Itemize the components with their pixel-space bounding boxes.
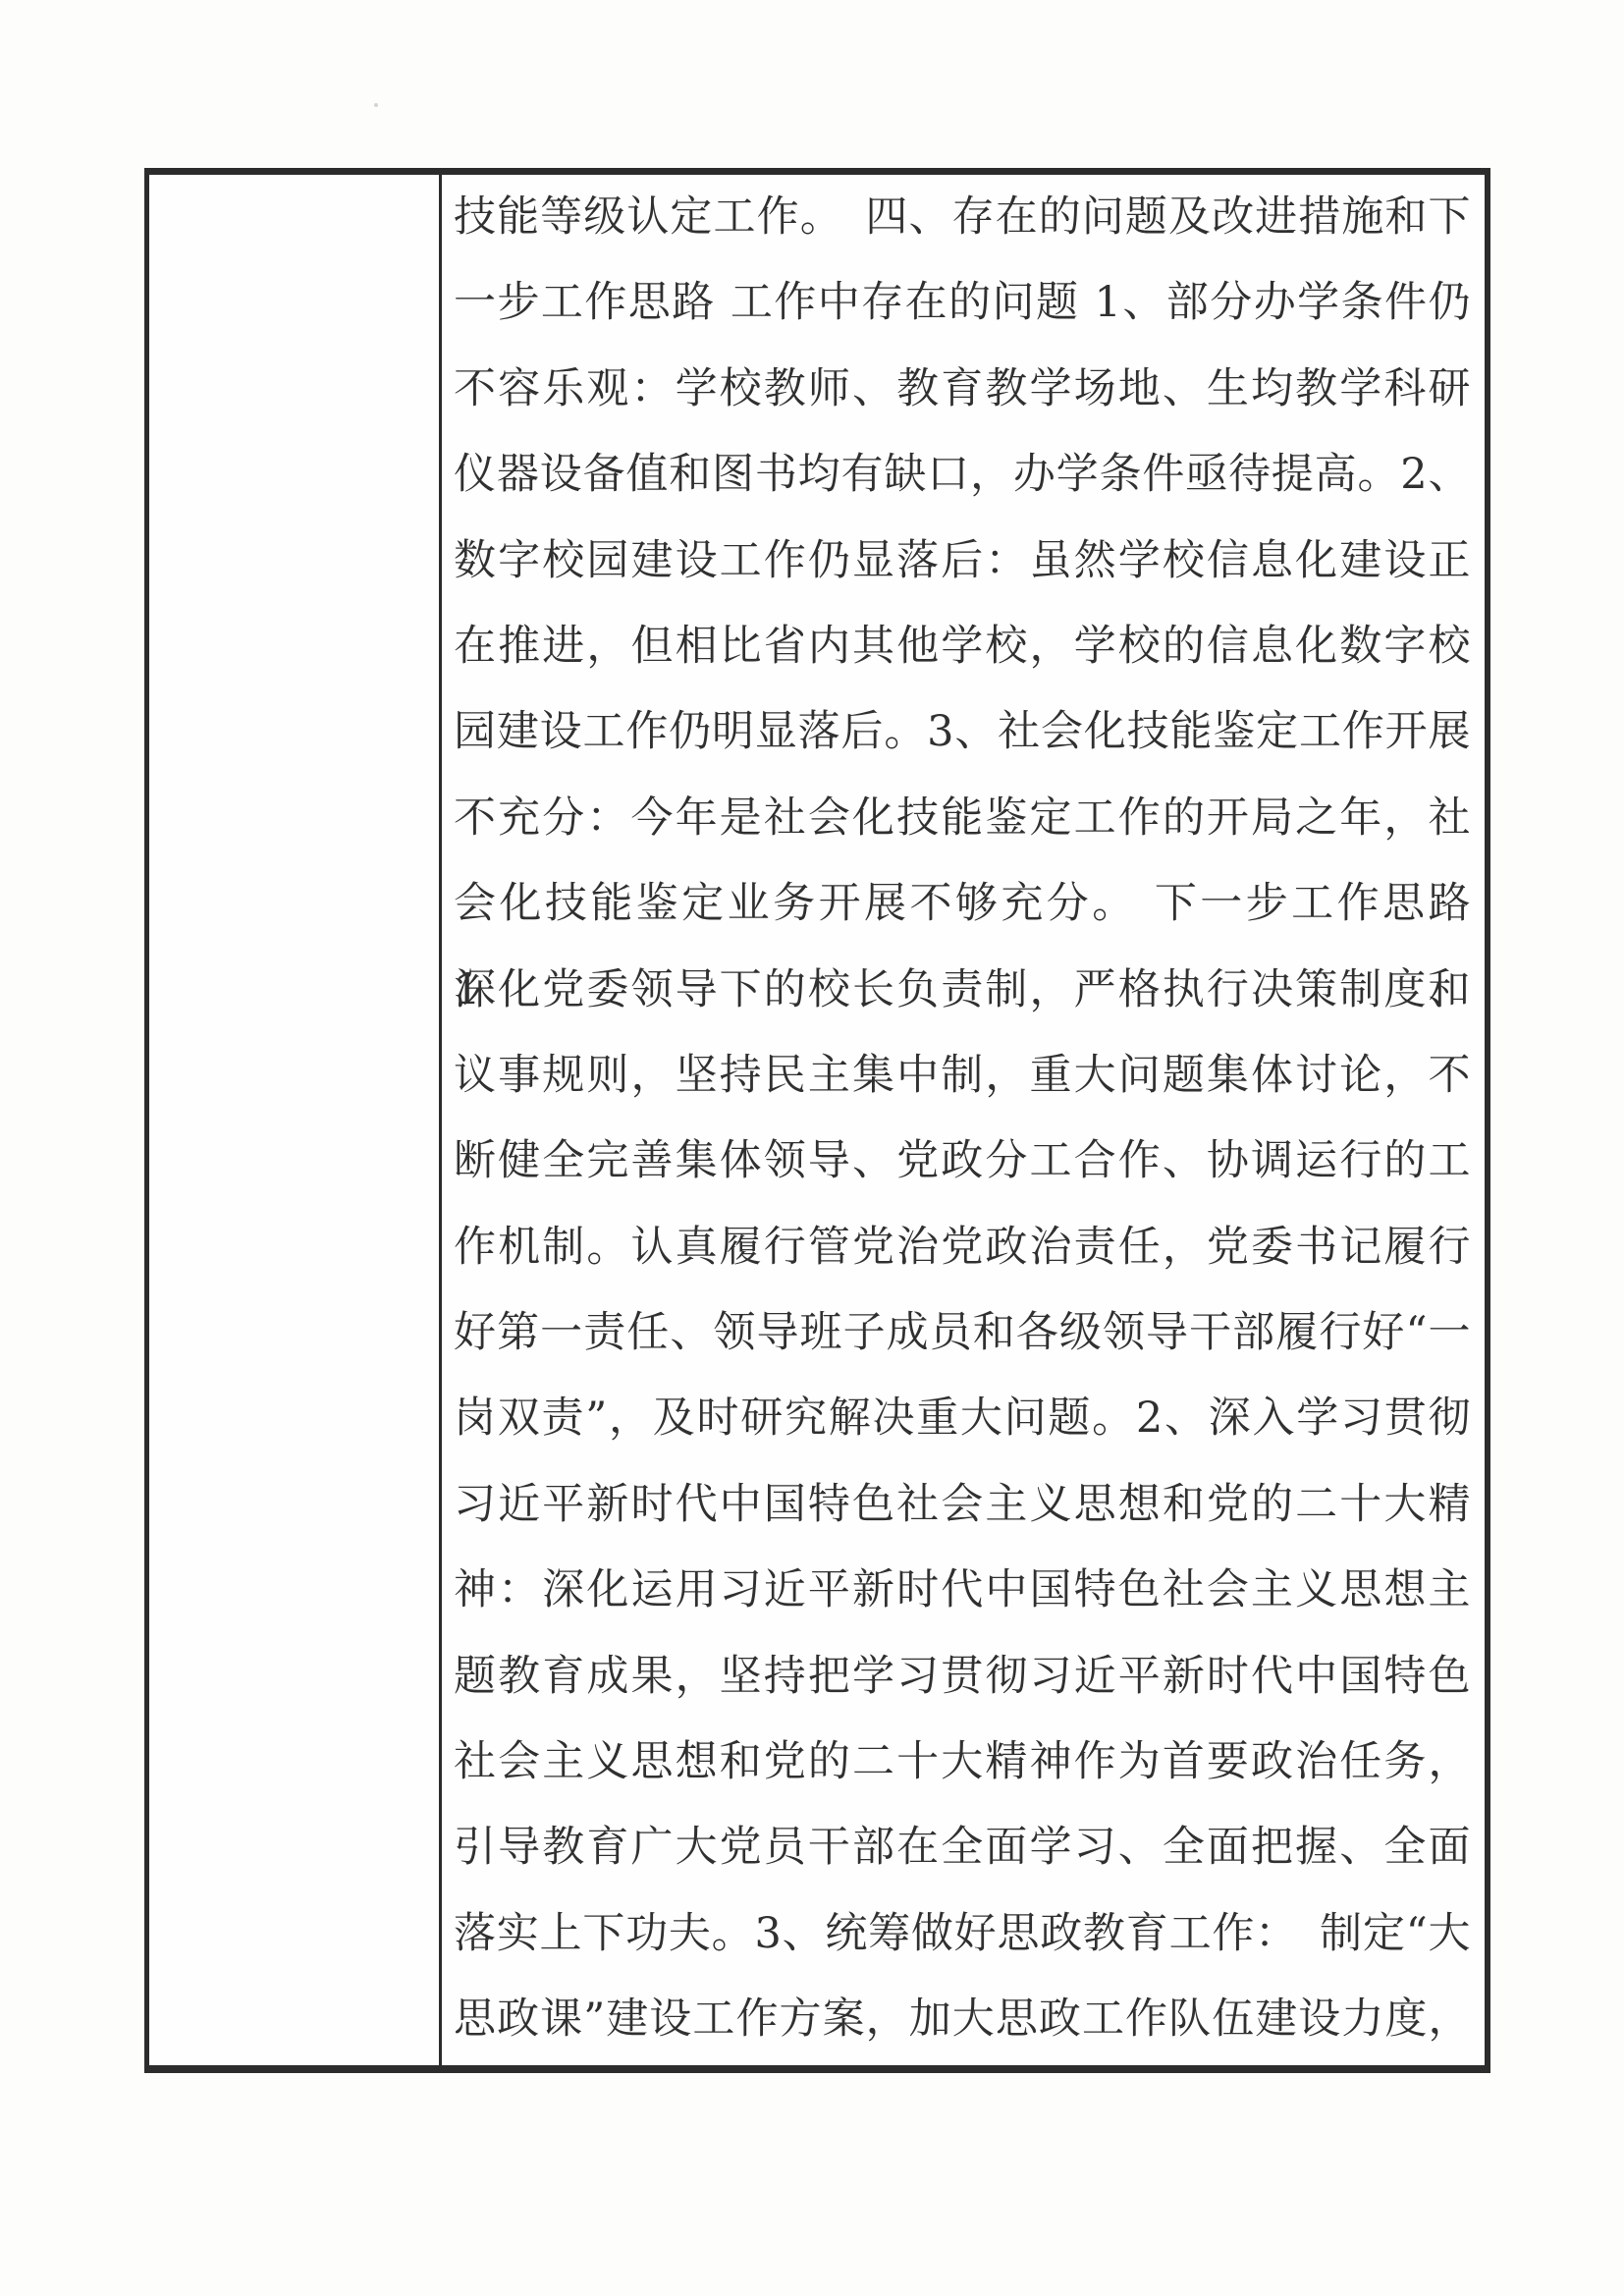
text-line: 好第一责任、领导班子成员和各级领导干部履行好“一 (454, 1290, 1471, 1376)
text-line: 园建设工作仍明显落后。3、社会化技能鉴定工作开展 (454, 689, 1471, 775)
text-line: 社会主义思想和党的二十大精神作为首要政治任务， (454, 1720, 1471, 1805)
text-line: 深化党委领导下的校长负责制，严格执行决策制度和 (454, 948, 1471, 1033)
report-table: 技能等级认定工作。 四、存在的问题及改进措施和下一步工作思路 工作中存在的问题 … (144, 168, 1490, 2073)
text-line: 议事规则，坚持民主集中制，重大问题集体讨论，不 (454, 1033, 1471, 1119)
text-line: 数字校园建设工作仍显落后：虽然学校信息化建设正 (454, 519, 1471, 604)
text-line: 断健全完善集体领导、党政分工合作、协调运行的工 (454, 1119, 1471, 1204)
content-lines: 技能等级认定工作。 四、存在的问题及改进措施和下一步工作思路 工作中存在的问题 … (454, 175, 1471, 2063)
table-cell-row-label-empty (149, 175, 442, 2065)
text-line: 会化技能鉴定业务开展不够充分。 下一步工作思路 1、 (454, 861, 1471, 947)
scan-noise-speck (374, 103, 378, 107)
text-line: 仪器设备值和图书均有缺口，办学条件亟待提高。2、 (454, 432, 1471, 518)
text-line: 作机制。认真履行管党治党政治责任，党委书记履行 (454, 1205, 1471, 1290)
text-line: 题教育成果，坚持把学习贯彻习近平新时代中国特色 (454, 1634, 1471, 1720)
text-line: 岗双责”，及时研究解决重大问题。2、深入学习贯彻 (454, 1376, 1471, 1461)
text-line: 落实上下功夫。3、统筹做好思政教育工作： 制定“大 (454, 1891, 1471, 1977)
text-line: 引导教育广大党员干部在全面学习、全面把握、全面 (454, 1805, 1471, 1890)
text-line: 神：深化运用习近平新时代中国特色社会主义思想主 (454, 1548, 1471, 1633)
text-line: 不充分：今年是社会化技能鉴定工作的开局之年，社 (454, 776, 1471, 861)
text-line: 不容乐观：学校教师、教育教学场地、生均教学科研 (454, 347, 1471, 432)
table-cell-report-content: 技能等级认定工作。 四、存在的问题及改进措施和下一步工作思路 工作中存在的问题 … (442, 175, 1485, 2065)
scanned-document-page: 技能等级认定工作。 四、存在的问题及改进措施和下一步工作思路 工作中存在的问题 … (0, 0, 1624, 2296)
text-line: 在推进，但相比省内其他学校，学校的信息化数字校 (454, 604, 1471, 689)
text-line: 技能等级认定工作。 四、存在的问题及改进措施和下 (454, 175, 1471, 260)
text-line: 一步工作思路 工作中存在的问题 1、部分办学条件仍 (454, 260, 1471, 346)
text-line: 思政课”建设工作方案，加大思政工作队伍建设力度， (454, 1977, 1471, 2062)
text-line: 习近平新时代中国特色社会主义思想和党的二十大精 (454, 1462, 1471, 1548)
